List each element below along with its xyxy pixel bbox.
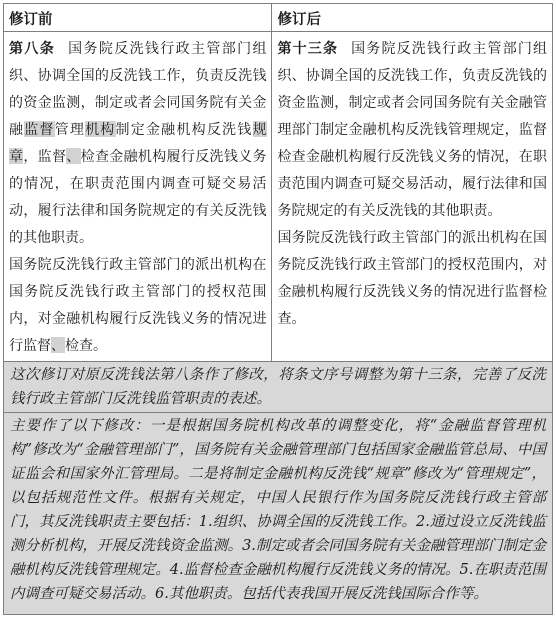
commentary-summary: 这次修订对原反洗钱法第八条作了修改，将条文序号调整为第十三条，完善了反洗钱行政主…	[4, 362, 553, 413]
before-paragraph-2: 国务院反洗钱行政主管部门的派出机构在国务院反洗钱行政主管部门的授权范围内，对金融…	[9, 251, 266, 359]
after-cell: 第十三条国务院反洗钱行政主管部门组织、协调全国的反洗钱工作，负责反洗钱的资金监测…	[272, 32, 553, 362]
changed-text-highlight: 、	[51, 337, 65, 353]
text-segment: 国务院反洗钱行政主管部门的派出机构在国务院反洗钱行政主管部门的授权范围内，对金融…	[9, 256, 266, 353]
document-page: 修订前 修订后 第八条国务院反洗钱行政主管部门组织、协调全国的反洗钱工作，负责反…	[0, 0, 556, 617]
commentary-row-1: 这次修订对原反洗钱法第八条作了修改，将条文序号调整为第十三条，完善了反洗钱行政主…	[4, 362, 553, 413]
commentary-row-2: 主要作了以下修改：一是根据国务院机构改革的调整变化，将“金融监督管理机构”修改为…	[4, 413, 553, 615]
text-segment: 制定金融机构反洗钱	[116, 121, 253, 137]
column-header-after: 修订后	[272, 4, 553, 32]
text-segment: 管理	[55, 121, 85, 137]
column-header-before: 修订前	[4, 4, 272, 32]
changed-text-highlight: 监督	[24, 121, 54, 137]
before-paragraph-1-text: 国务院反洗钱行政主管部门组织、协调全国的反洗钱工作，负责反洗钱的资金监测，制定或…	[9, 40, 267, 245]
before-cell: 第八条国务院反洗钱行政主管部门组织、协调全国的反洗钱工作，负责反洗钱的资金监测，…	[4, 32, 272, 362]
before-article-number: 第八条	[9, 40, 55, 56]
after-article-number: 第十三条	[277, 40, 338, 56]
after-paragraph-2: 国务院反洗钱行政主管部门的派出机构在国务院反洗钱行政主管部门的授权范围内，对金融…	[277, 224, 547, 332]
text-segment: ，监督	[23, 148, 66, 164]
after-paragraph-1-text: 国务院反洗钱行政主管部门组织、协调全国的反洗钱工作，负责反洗钱的资金监测，制定或…	[277, 40, 547, 218]
changed-text-highlight: 、	[66, 148, 80, 164]
changed-text-highlight: 机构	[85, 121, 115, 137]
revision-comparison-table: 修订前 修订后 第八条国务院反洗钱行政主管部门组织、协调全国的反洗钱工作，负责反…	[3, 3, 553, 615]
law-text-row: 第八条国务院反洗钱行政主管部门组织、协调全国的反洗钱工作，负责反洗钱的资金监测，…	[4, 32, 553, 362]
header-row: 修订前 修订后	[4, 4, 553, 32]
before-paragraph-1: 第八条国务院反洗钱行政主管部门组织、协调全国的反洗钱工作，负责反洗钱的资金监测，…	[9, 35, 266, 251]
after-paragraph-1: 第十三条国务院反洗钱行政主管部门组织、协调全国的反洗钱工作，负责反洗钱的资金监测…	[277, 35, 547, 224]
text-segment: 检查。	[65, 337, 107, 353]
commentary-details: 主要作了以下修改：一是根据国务院机构改革的调整变化，将“金融监督管理机构”修改为…	[4, 413, 553, 615]
